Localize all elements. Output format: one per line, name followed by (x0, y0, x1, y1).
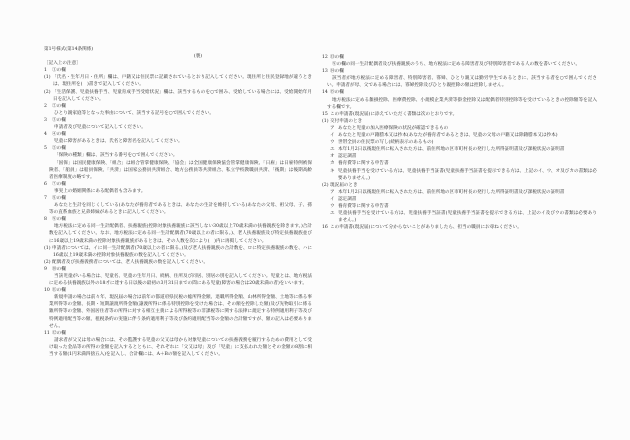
item-marker: エ (330, 210, 338, 217)
note-section: 13⑭の欄該当者が地方税法に定める障害者、特別障害者、寡婦、ひとり親又は勤労学生… (322, 68, 597, 89)
section-heading: 12⑬の欄 (322, 54, 597, 61)
form-number: 第1号様式(第14条関係) (44, 46, 312, 53)
section-heading: 13⑭の欄 (322, 68, 597, 75)
section-heading: 15この申請書(現況届)に添えていただく書類は次のとおりです。 (322, 111, 597, 118)
item-marker: (2) (44, 259, 52, 266)
item-text: 「生活保護、児童扶養手当、児童育成手当受給状況」欄は、該当するものを○で囲み、受… (52, 90, 312, 102)
paragraph: 当該児童がいる場合は、児童名、児童の生年月日、続柄、住所及び同居、別居の別を記入… (44, 273, 312, 287)
paragraph: あなたと生計を同じくしている(あなたが養育者であるときは、あなたの生計を維持して… (44, 202, 312, 216)
list-item: ウ養育費等に関する申告書 (322, 203, 597, 210)
item-text: 「氏名・生年月日・住所」欄は、戸籍又は住民票に記載されているとおり記入してくださ… (52, 75, 312, 87)
section-title: ⑧の欄 (52, 196, 66, 201)
list-item: キ児童扶養手当を受けている方は、児童扶養手当証書(児童扶養手当証書を提示できる方… (322, 168, 597, 182)
section-heading: 7⑧の欄 (44, 195, 312, 202)
section-title: ⑭の欄 (330, 69, 344, 74)
item-text: 申請者については、イに同一生計配偶者(70歳以上の者に限る。)及び老人扶養親族の… (52, 246, 312, 258)
section-number: 16 (322, 224, 330, 231)
item-text: 児童扶養手当を受けている方は、児童扶養手当証書(児童扶養手当証書を提示できる方は… (338, 169, 597, 181)
item-marker: キ (330, 168, 338, 175)
item-text: 事実上の婚姻関係にある配偶者も含みます。 (54, 189, 146, 194)
section-number: 6 (44, 181, 52, 188)
sub-item: (2)現況届のとき (322, 182, 597, 189)
note-section: 16この申請書(現況届)について分からないことがありましたら、担当の職員にお尋ね… (322, 224, 597, 231)
section-number: 4 (44, 131, 52, 138)
item-text: 地方税法に定める雑損控除、医療費控除、小規模企業共済等掛金控除又は配偶者特別控除… (327, 98, 597, 110)
note-section: 14⑮の欄地方税法に定める雑損控除、医療費控除、小規模企業共済等掛金控除又は配偶… (322, 89, 597, 110)
document-page: 第1号様式(第14条関係) (裏) ［記入上の注意］ 1①の欄(1)「氏名・生年… (0, 0, 630, 440)
list-item: エ本年1月2日以後現住所に転入された方は、前住所地の区市町村長の発行した所得証明… (322, 146, 597, 153)
section-number: 10 (44, 287, 52, 294)
right-column: 12⑬の欄⑨の欄の同一生計配偶者及び扶養親族のうち、地方税法に定める障害者及び特… (322, 54, 597, 231)
section-number: 7 (44, 195, 52, 202)
item-marker: ア (330, 189, 338, 196)
section-heading: 14⑮の欄 (322, 89, 597, 96)
list-item: エ児童扶養手当を受けている方は、児童扶養手当証書(児童扶養手当証書を提示できる方… (322, 210, 597, 224)
section-heading: 4④の欄 (44, 131, 312, 138)
item-text: 申請者及び児童について記入してください。 (54, 125, 146, 130)
item-text: あなたと児童の戸籍謄本又は抄本(あなたが養育者であるときは、児童の父母の戸籍又は… (338, 133, 558, 138)
section-heading: 8⑨の欄 (44, 216, 312, 223)
paragraph: 請求者が父又は母の場合には、その監護する児童の父又は母から対象児童についての扶養… (44, 337, 312, 358)
section-title: ④の欄 (52, 132, 66, 137)
item-text: 本年1月2日以後現住所に転入された方は、前住所地の区市町村長の発行した所得証明書… (338, 190, 564, 195)
paragraph: ⑨の欄の同一生計配偶者及び扶養親族のうち、地方税法に定める障害者及び特別障害者で… (322, 61, 597, 68)
list-item: オ認定調書 (322, 153, 597, 160)
section-title: この申請書(現況届)に添えていただく書類は次のとおりです。 (330, 112, 457, 117)
item-text: 「保険の種類」欄は、該当する番号を○で囲んでください。 (54, 153, 177, 158)
right-sections: 12⑬の欄⑨の欄の同一生計配偶者及び扶養親族のうち、地方税法に定める障害者及び特… (322, 54, 597, 231)
note-section: 11⑫の欄請求者が父又は母の場合には、その監護する児童の父又は母から対象児童につ… (44, 330, 312, 358)
section-title: ①の欄 (52, 68, 66, 73)
item-marker: (2) (322, 182, 330, 189)
section-heading: 1①の欄 (44, 67, 312, 74)
left-column: 第1号様式(第14条関係) (裏) ［記入上の注意］ 1①の欄(1)「氏名・生年… (44, 46, 312, 358)
section-number: 14 (322, 89, 330, 96)
section-title: ②の欄 (52, 104, 66, 109)
item-text: あなたと児童の加入医療保険の状況が確認できるもの (338, 126, 448, 131)
paragraph: 事実上の婚姻関係にある配偶者も含みます。 (44, 188, 312, 195)
list-item: ア本年1月2日以後現住所に転入された方は、前住所地の区市町村長の発行した所得証明… (322, 189, 597, 196)
section-title: ⑨の欄 (52, 217, 66, 222)
section-heading: 9⑩の欄 (44, 266, 312, 273)
paragraph: 該当者が地方税法に定める障害者、特別障害者、寡婦、ひとり親又は勤労学生であるとき… (322, 75, 597, 89)
section-number: 12 (322, 54, 330, 61)
item-text: 養育費等に関する申告書 (338, 161, 389, 166)
left-sections: 1①の欄(1)「氏名・生年月日・住所」欄は、戸籍又は住民票に記載されているとおり… (44, 67, 312, 358)
item-text: 請求者が父又は母の場合には、その監護する児童の父又は母から対象児童についての扶養… (49, 338, 312, 357)
section-heading: 11⑫の欄 (44, 330, 312, 337)
list-item: イあなたと児童の戸籍謄本又は抄本(あなたが養育者であるときは、児童の父母の戸籍又… (322, 132, 597, 139)
section-title: ⑦の欄 (52, 182, 66, 187)
section-number: 8 (44, 216, 52, 223)
section-number: 5 (44, 145, 52, 152)
paragraph: 新規申請の場合は前々年、現況届の場合は前年の都道府県民税の総所得金額、退職所得金… (44, 294, 312, 329)
note-section: 8⑨の欄地方税法に定める同一生計配偶者、扶養親族(控除対象扶養親族に該当しない3… (44, 216, 312, 266)
section-title: ⑩の欄 (52, 267, 66, 272)
note-section: 4④の欄児童に障害があるときは、氏名と障害名を記入してください。 (44, 131, 312, 145)
section-heading: 6⑦の欄 (44, 181, 312, 188)
item-text: 交付申請のとき (330, 119, 362, 124)
section-number: 15 (322, 111, 330, 118)
item-text: 認定調書 (338, 197, 356, 202)
item-marker: エ (330, 146, 338, 153)
sub-item: (1)「氏名・生年月日・住所」欄は、戸籍又は住民票に記載されているとおり記入して… (44, 74, 312, 88)
item-text: 認定調書 (338, 154, 356, 159)
note-section: 12⑬の欄⑨の欄の同一生計配偶者及び扶養親族のうち、地方税法に定める障害者及び特… (322, 54, 597, 68)
note-section: 9⑩の欄当該児童がいる場合は、児童名、児童の生年月日、続柄、住所及び同居、別居の… (44, 266, 312, 287)
note-section: 6⑦の欄事実上の婚姻関係にある配偶者も含みます。 (44, 181, 312, 195)
section-heading: 16この申請書(現況届)について分からないことがありましたら、担当の職員にお尋ね… (322, 224, 597, 231)
section-number: 2 (44, 103, 52, 110)
item-text: 該当者が地方税法に定める障害者、特別障害者、寡婦、ひとり親又は勤労学生であるとき… (327, 76, 597, 88)
paragraph: 「国保」は国民健康保険、「組合」は組合管掌健康保険、「協会」は全国健康保険協会管… (44, 160, 312, 181)
item-text: 養育費等に関する申告書 (338, 204, 389, 209)
item-text: 「国保」は国民健康保険、「組合」は組合管掌健康保険、「協会」は全国健康保険協会管… (49, 161, 312, 180)
paragraph: 申請者及び児童について記入してください。 (44, 124, 312, 131)
paragraph: ひとり親家庭等となった事由について、該当する記号を○で囲んでください。 (44, 110, 312, 117)
item-marker: (1) (322, 118, 330, 125)
section-title: ⑮の欄 (330, 90, 344, 95)
sub-item: (2)配偶者及び扶養義務者については、老人扶養親族の数を記入してください。 (44, 259, 312, 266)
sub-item: (1)交付申請のとき (322, 118, 597, 125)
section-title: ⑪の欄 (52, 288, 66, 293)
sub-item: (2)「生活保護、児童扶養手当、児童育成手当受給状況」欄は、該当するものを○で囲… (44, 89, 312, 103)
item-text: ⑨の欄の同一生計配偶者及び扶養親族のうち、地方税法に定める障害者及び特別障害者で… (332, 62, 580, 67)
item-marker: オ (330, 153, 338, 160)
section-number: 3 (44, 117, 52, 124)
section-title: ③の欄 (52, 118, 66, 123)
section-number: 11 (44, 330, 52, 337)
section-heading: 2②の欄 (44, 103, 312, 110)
section-heading: 3③の欄 (44, 117, 312, 124)
paragraph: 地方税法に定める同一生計配偶者、扶養親族(控除対象扶養親族に該当しない30歳以上… (44, 223, 312, 244)
item-text: 新規申請の場合は前々年、現況届の場合は前年の都道府県民税の総所得金額、退職所得金… (49, 295, 312, 328)
paragraph: 児童に障害があるときは、氏名と障害名を記入してください。 (44, 138, 312, 145)
note-section: 7⑧の欄あなたと生計を同じくしている(あなたが養育者であるときは、あなたの生計を… (44, 195, 312, 216)
item-text: ひとり親家庭等となった事由について、該当する記号を○で囲んでください。 (54, 111, 214, 116)
section-title: ⑤の欄 (52, 146, 66, 151)
section-number: 9 (44, 266, 52, 273)
document-title: (裏) (84, 53, 312, 60)
item-text: 世帯全員の住民票の写し(続柄表示のあるもの) (338, 140, 433, 145)
item-marker: イ (330, 132, 338, 139)
note-section: 15この申請書(現況届)に添えていただく書類は次のとおりです。(1)交付申請のと… (322, 111, 597, 225)
item-text: 当該児童がいる場合は、児童名、児童の生年月日、続柄、住所及び同居、別居の別を記入… (49, 274, 312, 286)
paragraph: 地方税法に定める雑損控除、医療費控除、小規模企業共済等掛金控除又は配偶者特別控除… (322, 97, 597, 111)
section-heading: 5⑤の欄 (44, 145, 312, 152)
list-item: ウ世帯全員の住民票の写し(続柄表示のあるもの) (322, 139, 597, 146)
item-marker: (1) (44, 74, 52, 81)
paragraph: 「保険の種類」欄は、該当する番号を○で囲んでください。 (44, 152, 312, 159)
list-item: イ認定調書 (322, 196, 597, 203)
section-number: 13 (322, 68, 330, 75)
item-text: 本年1月2日以後現住所に転入された方は、前住所地の区市町村長の発行した所得証明書… (338, 147, 564, 152)
item-text: 地方税法に定める同一生計配偶者、扶養親族(控除対象扶養親族に該当しない30歳以上… (49, 224, 312, 243)
section-number: 1 (44, 67, 52, 74)
item-marker: ア (330, 125, 338, 132)
notes-heading: ［記入上の注意］ (44, 60, 312, 67)
note-section: 1①の欄(1)「氏名・生年月日・住所」欄は、戸籍又は住民票に記載されているとおり… (44, 67, 312, 102)
item-marker: (1) (44, 245, 52, 252)
section-heading: 10⑪の欄 (44, 287, 312, 294)
note-section: 3③の欄申請者及び児童について記入してください。 (44, 117, 312, 131)
item-marker: カ (330, 160, 338, 167)
section-title: ⑫の欄 (52, 331, 66, 336)
item-marker: (2) (44, 89, 52, 96)
note-section: 2②の欄ひとり親家庭等となった事由について、該当する記号を○で囲んでください。 (44, 103, 312, 117)
note-section: 10⑪の欄新規申請の場合は前々年、現況届の場合は前年の都道府県民税の総所得金額、… (44, 287, 312, 330)
item-marker: ウ (330, 203, 338, 210)
list-item: アあなたと児童の加入医療保険の状況が確認できるもの (322, 125, 597, 132)
item-text: 児童に障害があるときは、氏名と障害名を記入してください。 (54, 139, 183, 144)
section-title: この申請書(現況届)について分からないことがありましたら、担当の職員にお尋ねくだ… (330, 225, 522, 230)
note-section: 5⑤の欄「保険の種類」欄は、該当する番号を○で囲んでください。「国保」は国民健康… (44, 145, 312, 180)
item-marker: ウ (330, 139, 338, 146)
list-item: カ養育費等に関する申告書 (322, 160, 597, 167)
item-text: 児童扶養手当を受けている方は、児童扶養手当証書(児童扶養手当証書を提示できる方は… (338, 211, 597, 223)
item-marker: イ (330, 196, 338, 203)
section-title: ⑬の欄 (330, 55, 344, 60)
sub-item: (1)申請者については、イに同一生計配偶者(70歳以上の者に限る。)及び老人扶養… (44, 245, 312, 259)
item-text: あなたと生計を同じくしている(あなたが養育者であるときは、あなたの生計を維持して… (49, 203, 312, 215)
item-text: 配偶者及び扶養義務者については、老人扶養親族の数を記入してください。 (52, 260, 208, 265)
item-text: 現況届のとき (330, 183, 358, 188)
